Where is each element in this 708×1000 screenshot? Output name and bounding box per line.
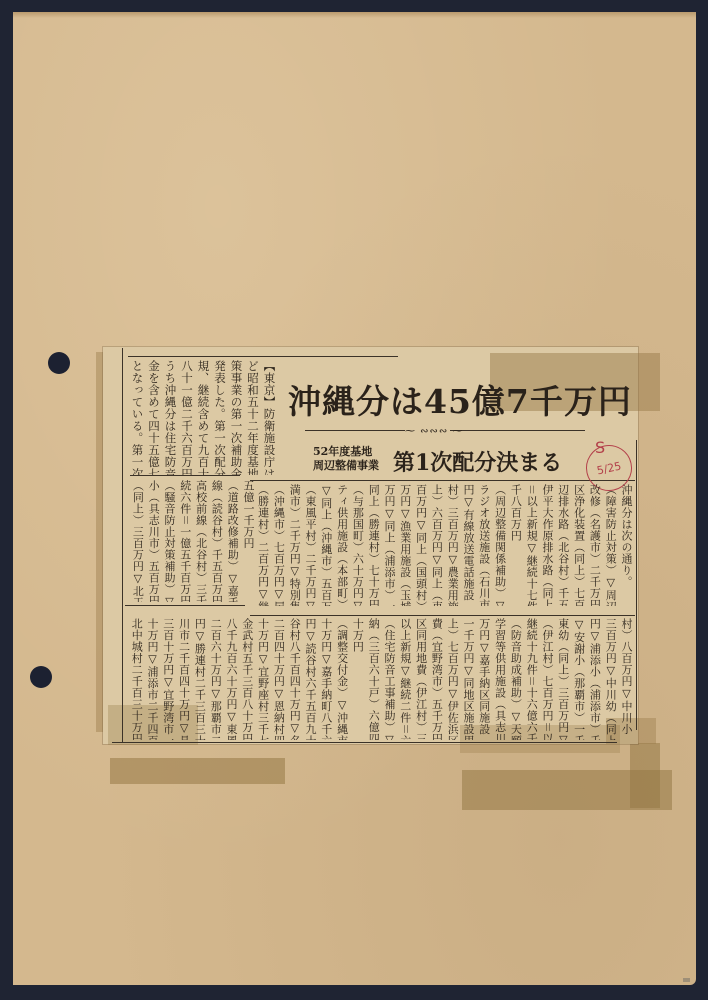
text-column: 満市）二千万円▽特別集会施設 — [288, 484, 301, 606]
text-column: 十万円▽嘉手納町八千六百二十万 — [320, 618, 333, 740]
clip-left-rule — [122, 348, 123, 743]
text-column: ＝以上新規▽継続十七件＝七億二 — [525, 484, 538, 606]
subhead-kicker: 52年度基地 周辺整備事業 — [313, 445, 379, 473]
text-column: （住宅防音工事補助）▽嘉手 — [383, 618, 396, 740]
headline-rule-right — [450, 430, 585, 431]
text-column: 策事業の第一次補助金配分計画を — [229, 360, 243, 475]
text-column: ティ供用施設（本部町）八百万円 — [336, 484, 349, 606]
page-mark — [683, 978, 690, 982]
text-column: 五億一千万円 — [242, 480, 255, 602]
text-column: ど昭和五十二年度基地周辺整備対 — [246, 360, 260, 475]
text-column: 高校前線（北谷村）三千万円▽継 — [195, 480, 208, 602]
text-column: 百万円▽同上（国頭村）二千五百 — [415, 484, 428, 606]
text-column: 同上（勝連村）七十万円▽同上 — [367, 484, 380, 606]
text-column: （調整交付金）▽沖縄市九千九 — [336, 618, 349, 740]
text-column: 川市二千百四十万円▽具志川市千 — [178, 618, 191, 740]
text-column: 北中城村二千百三十万円 — [130, 618, 143, 740]
text-column: 千八百万円 — [509, 484, 522, 606]
text-column: 二百四十万円▽恩納村四千二百三 — [272, 618, 285, 740]
text-column: 円▽勝連村二千三百三十万円▽石 — [193, 618, 206, 740]
text-column: 上）六百万円▽同上（東村）二千五 — [430, 484, 443, 606]
headline: 沖縄分は45億7千万円 — [288, 376, 632, 423]
text-column: 沖縄分は次の通り。 — [620, 484, 633, 606]
text-column: 円▽有線放送電話施設（宜野座 — [462, 484, 475, 606]
text-column: 十万円▽浦添市二千四百十万円▽ — [146, 618, 159, 740]
text-column: 以上新規▽継続二件＝六千万円 — [399, 618, 412, 740]
text-column: （伊江村）七百万円＝以上新規▽ — [541, 618, 554, 740]
text-column: 納（三百六十戸）六億四千二百六 — [367, 618, 380, 740]
clip-bottom-rule — [112, 742, 617, 743]
text-column: 辺排水路（北谷村）千五百万円▽ — [557, 484, 570, 606]
subhead-kicker-line-2: 周辺整備事業 — [313, 459, 379, 473]
text-column: 十万円 — [351, 618, 364, 740]
text-column: 円▽浦添小（浦添市）千五百万円 — [588, 618, 601, 740]
text-column: 万円▽嘉手納区同施設（嘉手納町） — [478, 618, 491, 740]
paper-edge-shadow — [13, 12, 696, 18]
text-column: 小（具志川市）五百万円▽兼原幼 — [147, 480, 160, 602]
text-column: （障害防止対策）▽周辺河川 — [604, 484, 617, 606]
text-column: （防音助成補助）▽天願地区 — [509, 618, 522, 740]
text-column: 三百十万円▽宜野湾市一千七百五 — [162, 618, 175, 740]
text-column: （道路改修補助）▽嘉手納 — [226, 480, 239, 602]
text-column: 村）三百万円▽農業用施設（同 — [446, 484, 459, 606]
annotation-date: 5/25 — [596, 459, 623, 477]
headline-ornament: ⁓ ∾∾∾ ⁓ — [405, 426, 464, 437]
text-column: 円▽読谷村六千五百九十万円▽北 — [304, 618, 317, 740]
punch-hole-upper — [48, 352, 70, 374]
text-column: 上）七百万円▽伊佐浜区施設用地 — [446, 618, 459, 740]
punch-hole-lower — [30, 666, 52, 688]
text-column: （周辺整備関係補助）▽有線 — [494, 484, 507, 606]
text-column: 区浄化装置（同上）七百万円▽砂 — [573, 484, 586, 606]
text-column: ラジオ放送施設（石川市）三百 — [478, 484, 491, 606]
tier2-top-rule-right — [250, 615, 635, 616]
text-column: ▽安謝小（那覇市）一千万円▽城 — [573, 618, 586, 740]
subhead: 第1次配分決まる — [393, 446, 562, 477]
text-column: 万円▽同上（浦添市）一千万円▽ — [383, 484, 396, 606]
lead-bottom-rule — [130, 475, 240, 476]
text-column: 規、継続含めて九百十二件、四百 — [196, 360, 210, 475]
lead-top-rule — [128, 356, 398, 357]
text-column: 伊平大作原排水路（同上）千万円 — [541, 484, 554, 606]
text-column: 継続十九件＝十六億六千万円 — [525, 618, 538, 740]
text-column: 万円▽漁業用施設（玉城村）一千 — [399, 484, 412, 606]
text-column: （勝連村）二百万円▽継続九件＝ — [257, 484, 270, 606]
text-column: 金武村五千三百八十万円▽伊江村 — [241, 618, 254, 740]
text-column: 三百万円▽中川幼（同上）八十万 — [604, 618, 617, 740]
clip-right-rule — [636, 440, 637, 730]
tape-right-vertical — [630, 743, 660, 808]
text-column: 金を含めて四十五億七千三百万円 — [147, 360, 161, 475]
text-column: 八十一億二千六百万円余で、この — [180, 360, 194, 475]
text-column: 二百六十万円▽那覇市二千百十万 — [209, 618, 222, 740]
tier1-top-rule — [250, 480, 635, 481]
text-column: 村）八百万円▽中川小（金武村） — [620, 618, 633, 740]
tape-bottom-left — [110, 758, 285, 784]
text-column: 学習等供用施設（具志川市）五千 — [494, 618, 507, 740]
text-column: （沖縄市）七百万円▽屋外運動場 — [272, 484, 285, 606]
text-column: （与那国町）六十万円▽コミュニ — [351, 484, 364, 606]
text-column: 発表した。第一次配分総額は新 — [213, 360, 227, 475]
text-column: 東幼（同上）三百万円▽伊江西小 — [557, 618, 570, 740]
headline-rule — [305, 430, 405, 431]
text-column: （騒音防止対策補助）▽天願 — [163, 480, 176, 602]
text-column: （東風平村）二千万円▽同上（糸 — [304, 484, 317, 606]
text-column: （同上）三百万円▽北玉小（北谷 — [131, 480, 144, 602]
text-column: うち沖縄分は住宅防音、調整交付 — [163, 360, 177, 475]
text-column: 線（読谷村）千五百万円▽北谷 — [210, 480, 223, 602]
text-column: 十万円▽宜野座村三千七百万円▽ — [257, 618, 270, 740]
text-column: 八千九百六十万円▽東風平村三千 — [225, 618, 238, 740]
text-column: 一千万円▽同地区施設用地費（同 — [462, 618, 475, 740]
text-column: 区同用地費（伊江村）三千万円＝ — [415, 618, 428, 740]
text-column: 谷村八千百四十万円▽名護市四千 — [288, 618, 301, 740]
text-column: ▽同上（沖縄市）五百万円▽同上 — [320, 484, 333, 606]
subhead-kicker-line-1: 52年度基地 — [313, 445, 379, 459]
tier2-top-rule-left — [125, 605, 245, 606]
text-column: 続六件＝一億五千百万円 — [179, 480, 192, 602]
text-column: 【東京】防衛施設庁は、このほ — [262, 360, 276, 475]
text-column: 費（宜野湾市）五千万円▽川平地 — [430, 618, 443, 740]
text-column: となっている。第一次配分のうち — [130, 360, 144, 475]
text-column: 改修（名護市）二千万円▽許田地 — [588, 484, 601, 606]
